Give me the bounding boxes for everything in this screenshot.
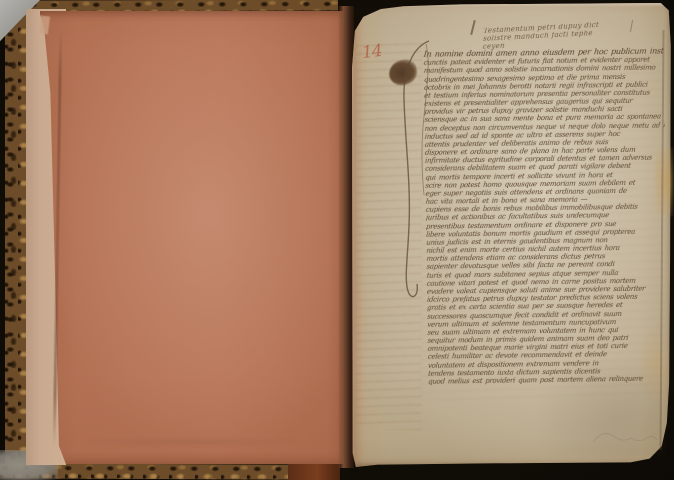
manuscript-body: In nomine domini amen anno eiusdem per h…	[424, 47, 669, 398]
pencil-scribble	[588, 422, 660, 450]
gutter-shadow	[338, 6, 354, 468]
left-endpaper-page	[40, 11, 345, 464]
folio-number: 14	[361, 41, 383, 63]
manuscript-book-scan: Testamentum petri dupuy dictsolistre man…	[0, 0, 674, 480]
notarial-flourish	[393, 35, 439, 305]
endpaper-bottom-smudge	[80, 438, 310, 446]
cover-marble-top-edge	[28, 0, 338, 12]
